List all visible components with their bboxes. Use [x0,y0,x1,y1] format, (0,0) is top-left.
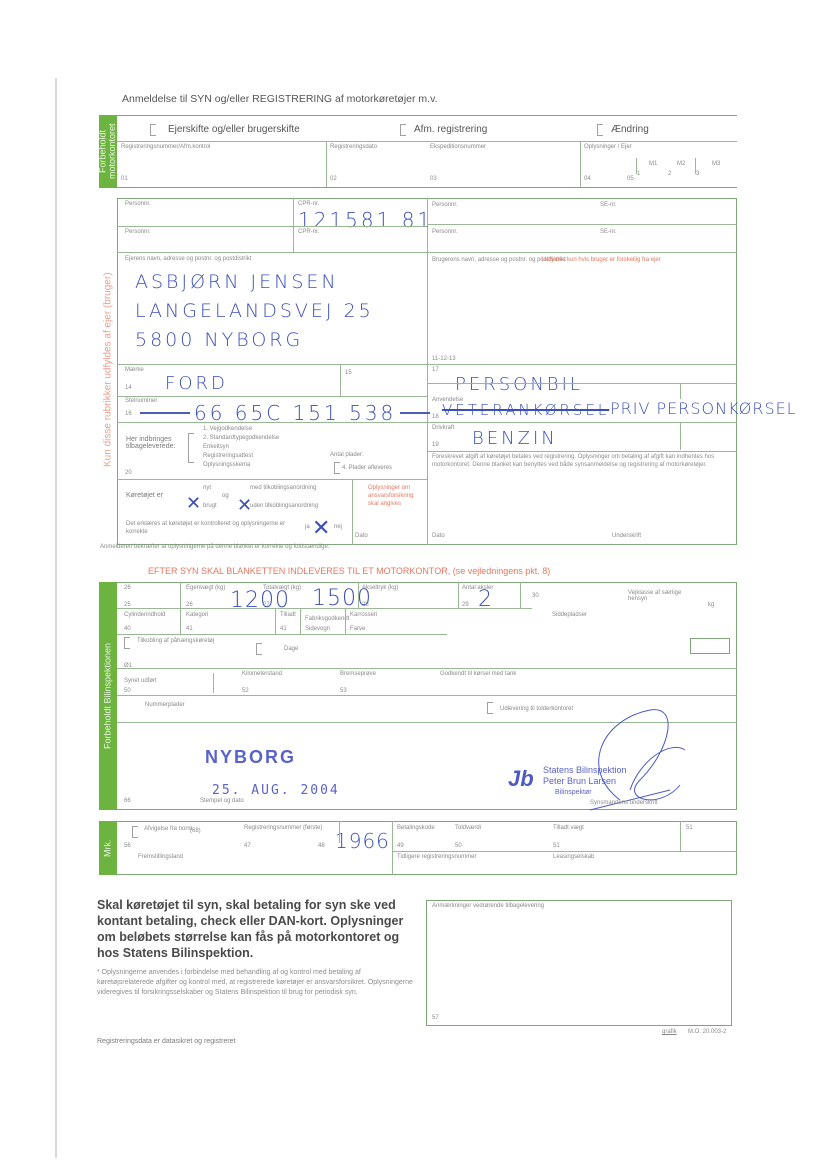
form-title: Anmeldelse til SYN og/eller REGISTRERING… [122,93,437,105]
payment-info: Skal køretøjet til syn, skal betaling fo… [97,897,417,961]
privacy-paragraph: * Oplysningerne anvendes i forbindelse m… [97,968,415,998]
side-label-misc: Mrk. [99,821,117,875]
side-label-owner: Kun disse rubrikker udfyldes af ejer (br… [99,200,117,540]
info-footer: Registreringsdata er datasikret og regis… [97,1038,236,1045]
fees-note: Foreskrevet afgift af køretøjet betales … [432,453,732,469]
art-value: PERSONBIL [455,374,583,395]
option-afm-registrering: Afm. registrering [414,124,487,135]
checkbox-dage[interactable] [256,643,262,655]
label-regdato: Registreringsdato [330,144,377,150]
option-aendring: Ændring [611,124,649,135]
owner-address: ASBJØRN JENSEN LANGELANDSVEJ 25 5800 NYB… [135,268,374,355]
checkbox-bilag[interactable] [188,433,194,463]
checkbox-udlevering[interactable] [487,702,493,714]
small-box-right [690,638,730,654]
stamp-date: 25. AUG. 2004 [212,783,340,798]
first-reg-year: 1966 [335,829,390,853]
cross-mark-uden-tilkobling: ✕ [237,495,252,516]
owner-footer-note: Anmelderen bekræfter at oplysningerne på… [100,544,329,550]
red-note: Oplysninger om ansvarsforsikring skal an… [368,484,423,508]
checkbox-tilkobling[interactable] [124,637,130,649]
scan-edge [55,78,57,1158]
maerke-value: FORD [165,373,228,394]
cross-mark-nej: ✕ [312,515,330,541]
checkbox-aendring[interactable] [597,124,603,136]
option-ejerskifte: Ejerskifte og/eller brugerskifte [168,124,300,135]
checkbox-afm-registrering[interactable] [400,124,406,136]
egenvaegt-value: 1200 [230,588,290,613]
label-address: Ejerens navn, adresse og postnr. og post… [125,256,251,262]
checkbox-ejerskifte[interactable] [150,124,156,136]
bilag-options: 1. Vejgodkendelse 2. Standardtypegodkend… [203,425,279,470]
anvendelse-struck: VETERANKØRSEL [442,401,609,419]
cross-mark-brugt: ✕ [186,493,201,514]
remarks-box[interactable] [426,900,732,1026]
side-label-inspection: Forbeholdt Bilinspektionen [99,582,117,810]
submit-banner: EFTER SYN SKAL BLANKETTEN INDLEVERES TIL… [148,566,550,576]
checkbox-afvigelse[interactable] [132,826,138,838]
anvendelse-value: PRIV PERSONKØRSEL [610,399,797,418]
inspection-logo-icon: Jb [508,766,532,794]
label-regnr: Registreringsnummer/Afm.kontrol [121,144,210,150]
stamp-city: NYBORG [205,747,296,768]
form-code: M.O. 20.003-2 [688,1029,726,1035]
label-oplysninger: Oplysninger / Ejer [584,144,632,150]
side-label-motorkontor: Forbeholdt motorkontoret [99,115,117,188]
label-ekspnr: Ekspeditionsnummer [430,144,486,150]
checkbox-plader[interactable] [334,462,340,474]
drivkraft-value: BENZIN [472,428,558,449]
